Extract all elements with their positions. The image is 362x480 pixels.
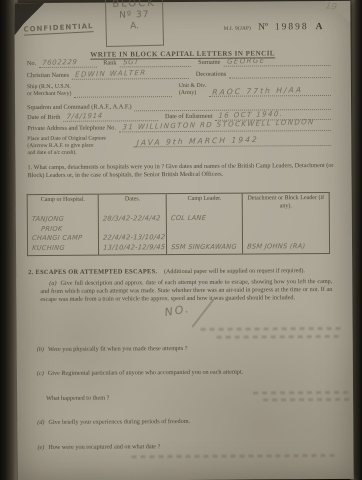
col-detachment-leader: Detachment or Block Leader (if any). — [242, 192, 329, 211]
showthrough-line — [253, 391, 349, 395]
question-2-title: 2. ESCAPES OR ATTEMPTED ESCAPES. — [28, 268, 157, 276]
rank-label: Rank — [103, 60, 116, 68]
question-2c: (c)Give Regimental particulars of anyone… — [37, 368, 323, 378]
showthrough-line — [263, 398, 349, 402]
camp-leader-cell: COL LANE SSM SINGKAWANG — [167, 212, 243, 255]
surname-field: GEORGE — [223, 57, 330, 67]
unit-div-value: RAOC 77th H/AA — [212, 85, 303, 97]
question-2c-label: (c) — [37, 370, 44, 377]
question-1-text: 1. What camps, detachments or hospitals … — [27, 162, 333, 181]
scanned-document: 19 CONFIDENTIAL BLOCK Nº 37 A. M.I. 9(JA… — [0, 0, 362, 480]
col-camp-or-hospital: Camp or Hospital. — [27, 194, 98, 213]
question-2d-text: Give briefly your experiences during per… — [48, 418, 190, 426]
christian-names-field: EDWIN WALTER — [72, 70, 189, 80]
question-2b-text: Were you physically fit when you made th… — [48, 345, 188, 353]
serial-suffix: A — [316, 22, 323, 32]
no-field: 7602229 — [39, 59, 96, 68]
address-field: 31 WILLINGTON RD STOCKWELL LONDON — [119, 122, 331, 132]
col-dates: Dates. — [98, 194, 166, 213]
stamp-block-number: Nº 37 — [106, 10, 162, 21]
question-2b: (b)Were you physically fit when you made… — [37, 344, 323, 354]
camp-leader-entry: COL LANE — [171, 214, 242, 224]
date-of-birth-label: Date of Birth — [27, 114, 60, 122]
date-of-enlistment-label: Date of Enlistment — [165, 113, 213, 121]
dates-entry: 28/3/42-22/4/42 — [103, 214, 166, 224]
christian-names-label: Christian Names — [27, 72, 69, 80]
camps-table-body-row: TANJONG PRIOK CHANGI CAMP KUCHING 28/3/4… — [27, 211, 329, 256]
christian-names-value: EDWIN WALTER — [75, 69, 147, 80]
rank-field: SGT — [120, 58, 192, 67]
camp-entry: KUCHING — [32, 243, 98, 253]
question-2-note: (Additional paper will be supplied on re… — [164, 268, 305, 275]
decorations-field — [229, 69, 331, 79]
date-of-birth-value: 7/4/1914 — [66, 112, 103, 122]
row-christian-decorations: Christian Names EDWIN WALTER Decorations — [27, 69, 331, 80]
showthrough-line — [131, 454, 335, 458]
form-reference: M.I. 9(JAP) Nº 19898 A — [224, 22, 323, 33]
block-number-stamp: BLOCK Nº 37 A. — [105, 0, 164, 47]
surname-value: GEORGE — [227, 57, 266, 67]
row-ship-unit: Ship (R.N., U.S.N. or Merchant Navy) Uni… — [27, 82, 331, 99]
no-value: 7602229 — [42, 58, 78, 68]
detachment-leader-cell: BSM JOHNS (RA) — [242, 211, 329, 254]
camp-entry: CHANGI CAMP — [32, 234, 98, 244]
unit-div-label: Unit & Div. (Army) — [179, 83, 207, 98]
camps-table-header-row: Camp or Hospital. Dates. Camp Leader. De… — [27, 192, 329, 213]
corner-pencil-note: 19 — [324, 1, 337, 12]
showthrough-line — [201, 327, 343, 331]
decorations-label: Decorations — [196, 71, 226, 79]
question-2d: (d)Give briefly your experiences during … — [37, 417, 323, 427]
row-address: Private Address and Telephone No. 31 WIL… — [27, 122, 331, 133]
row-capture: Place and Date of Original Capture (Airc… — [27, 134, 331, 157]
dates-cell: 28/3/42-22/4/42 22/4/42-13/10/42 13/10/4… — [98, 212, 167, 255]
camp-leader-entry: SSM SINGKAWANG — [171, 242, 242, 252]
no-label: No. — [27, 60, 36, 68]
question-2c-text: Give Regimental particulars of anyone wh… — [48, 369, 243, 377]
camp-entry: TANJONG — [31, 215, 97, 225]
confidential-stamp: CONFIDENTIAL — [23, 22, 93, 36]
capture-label: Place and Date of Original Capture (Airc… — [27, 135, 129, 157]
dates-entry: 22/4/42-13/10/42 — [103, 233, 166, 243]
stamp-word-block: BLOCK — [106, 0, 162, 10]
row-no-rank-surname: No. 7602229 Rank SGT Surname GEORGE — [27, 57, 331, 68]
camps-table: Camp or Hospital. Dates. Camp Leader. De… — [27, 192, 330, 256]
camp-leader-entry — [171, 233, 242, 243]
question-2a: (a)Give full description and approx. dat… — [40, 278, 332, 305]
question-2e-label: (e) — [37, 444, 44, 451]
address-label: Private Address and Telephone No. — [27, 125, 116, 133]
col-camp-leader: Camp Leader. — [167, 193, 243, 212]
handwritten-answer-no: NO. — [164, 302, 192, 319]
unit-div-field: RAOC 77th H/AA — [209, 87, 331, 97]
mi9-liberation-questionnaire-page: 19 CONFIDENTIAL BLOCK Nº 37 A. M.I. 9(JA… — [14, 1, 353, 480]
question-2a-text: Give full description and approx. date o… — [40, 278, 332, 303]
question-2b-label: (b) — [37, 346, 44, 353]
squadron-label: Squadron and Command (R.A.F., A.A.F.) — [27, 104, 132, 113]
stamp-block-letter: A. — [106, 21, 162, 32]
serial-number: 19898 — [275, 22, 309, 32]
question-2-heading: 2. ESCAPES OR ATTEMPTED ESCAPES. (Additi… — [28, 267, 336, 276]
capture-field: JAVA 9th MARCH 1942 — [133, 137, 331, 147]
ship-label-line2: or Merchant Navy) — [27, 91, 71, 99]
number-sign: Nº — [258, 22, 268, 32]
showthrough-line — [217, 335, 343, 339]
detachment-entry — [247, 213, 329, 223]
capture-value: JAVA 9th MARCH 1942 — [136, 134, 259, 147]
question-2a-label: (a) — [49, 280, 56, 287]
ship-label: Ship (R.N., U.S.N. or Merchant Navy) — [27, 84, 72, 99]
detachment-entry: BSM JOHNS (RA) — [247, 242, 329, 252]
question-2e: (e)How were you recaptured and on what d… — [37, 442, 323, 452]
mi9-jap-label: M.I. 9(JAP) — [224, 27, 251, 32]
ship-field — [74, 89, 171, 99]
unit-div-label-line2: (Army) — [179, 90, 207, 97]
rank-value: SGT — [123, 58, 139, 67]
camp-names-cell: TANJONG PRIOK CHANGI CAMP KUCHING — [27, 213, 98, 256]
surname-label: Surname — [198, 59, 220, 67]
date-of-birth-field: 7/4/1914 — [63, 112, 158, 122]
squadron-field — [134, 101, 331, 111]
question-2d-label: (d) — [37, 419, 44, 426]
question-2e-text: How were you recaptured and on what date… — [48, 443, 160, 451]
dates-entry: 13/10/42-12/9/45 — [103, 243, 166, 253]
detachment-entry — [247, 232, 329, 242]
capture-label-line3: and date of a/c crash). — [27, 149, 129, 157]
